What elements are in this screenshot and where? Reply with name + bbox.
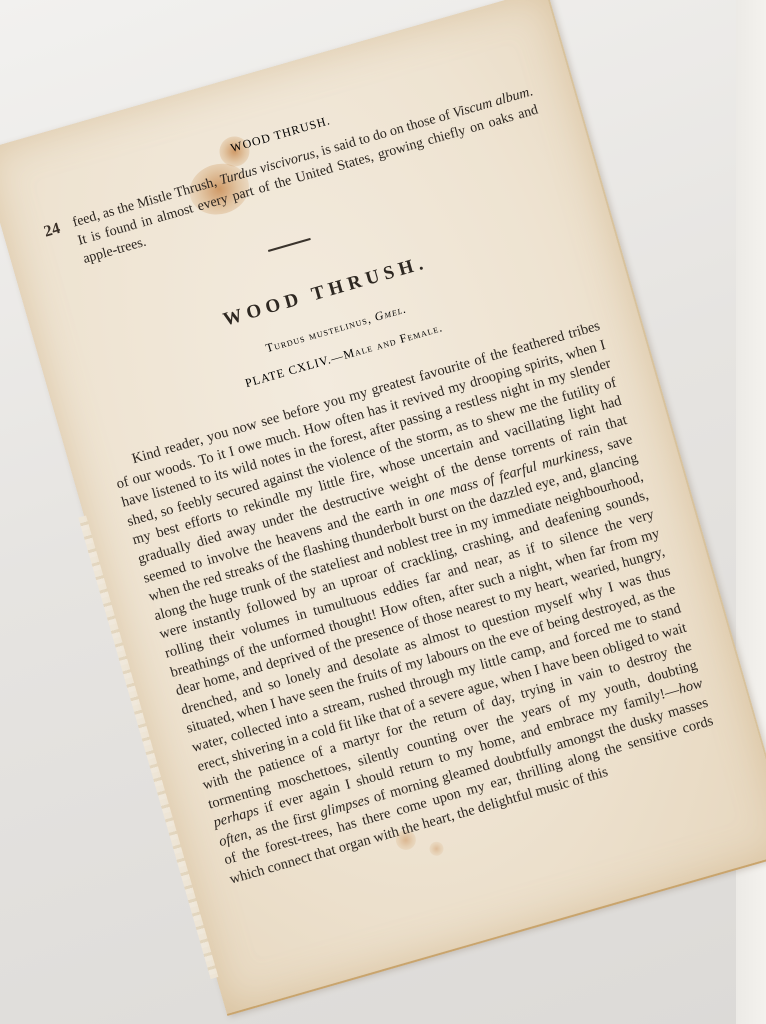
background-edge: [736, 0, 766, 1024]
book-page-photo: WOOD THRUSH. 24 feed, as the Mistle Thru…: [0, 0, 766, 1016]
latin-authority: , Gmel.: [365, 301, 408, 326]
section-divider: [268, 238, 311, 252]
foxing-stain: [428, 840, 445, 857]
book-page: WOOD THRUSH. 24 feed, as the Mistle Thru…: [0, 0, 766, 1016]
